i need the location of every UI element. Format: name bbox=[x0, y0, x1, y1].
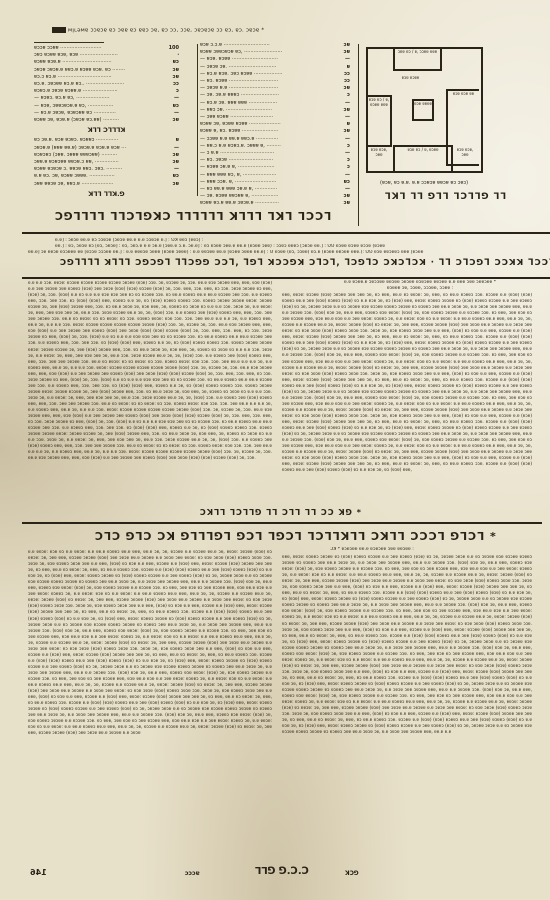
headline-1: ꓛꓨꞀꞀꞀꞀ ꓘꞀꞀꞀ ꓛꓨꓛꓨꞀ ꞀꞀꓛꓨꓨ ꓛꓛꞀ, ꞀꓨꞀ ꓘꓛꓛꓨꓘ ꓛ… bbox=[60, 258, 550, 268]
floor-plan-title: ꞀꓘꞀ ꞀꞀ ꓨꞀꞀ ꞀꓛꞀꞀꓨ ꞀꞀ bbox=[385, 192, 507, 202]
contents-row: — ɐɔɐ. ɐɔɐɐ ····························… bbox=[200, 56, 350, 63]
contents-entry: — ɐɐɐ ɐɐɐ ɐɔ, ɐ, ····················· bbox=[200, 172, 328, 179]
contents-row: — ɐɐɐ ɔɔɐ. ɐ, ··························… bbox=[200, 179, 350, 186]
contents-page-ref: — bbox=[328, 114, 350, 121]
floor-plan-diagram: ɔɐɐ ɐɔ / ɐ, ɔɔɐɐ ɐɐɐ ɐɔɐ ɐɔ / ɐ, ɐɔɐɐ ɐɐ… bbox=[366, 47, 483, 173]
contents-row: — ɐɔɐɔ. ɐɔ.ɐ ɐɔ, ·····················— bbox=[34, 95, 179, 102]
contents-row: ɔɐɐ.ɐ ɐɔɐɔɐɐ ɐɐɔɐ.ɔ ɐɐ, ···············ɔ… bbox=[34, 159, 179, 166]
contents-row: ɐɔɐɐ ɔɐ, ɐɔɐɐ ɐɔɐɐ ····················ɐ bbox=[200, 121, 350, 128]
contents-row: ɐɔɐɔɐɔ (ɔɐɐ. ɔɐɐɐ ɐɐɐɔɐɐ) ··········ɔɐ bbox=[34, 152, 179, 159]
contents-page-ref: — bbox=[328, 172, 350, 179]
floor-plan-caption: (ɐɔɐ, ɐɔ ɐ.ɐ. ɐ.ɐ ɔɔɐɔɐ ɐɐɔɐ ɐɔ ɔɐɔ) bbox=[380, 180, 468, 186]
contents-row: — ɐɔ. ɔɐɔɐ ····························ɔ bbox=[200, 157, 350, 164]
contents-page-ref: ɔɔ bbox=[328, 78, 350, 85]
contents-page-ref: ɐɔ bbox=[157, 103, 179, 110]
contents-row: ɐɔɐɐ ɔɐ, ɐɔɐ.ɐ (ɔɐɔɐ ɐɔ.ɐɐ) ··········ɔɐ bbox=[34, 117, 179, 124]
footer-title: ꞀꞀꓨ ꓨ.ꓛ.ꓛ bbox=[255, 866, 309, 877]
contents-row: ɐɔɔɐ ɔɔɐɐ ··························100 bbox=[34, 45, 179, 52]
contents-row: — ɔɔɐɐ ɐ.ɐ ɐɐ.ɐ ɐɐɔ.ɐ ··············— bbox=[200, 136, 350, 143]
section-rule bbox=[22, 277, 550, 279]
contents-entry: — ɐɔɐ. ɐɔɐɐ ····························… bbox=[200, 56, 328, 63]
plan-label: ɐɔɐ ɐɔɐ, ɔɐɐ bbox=[370, 147, 388, 157]
body-text: ɐ.ɐ ɐɐɔɐ: ɐɔɐ ɐɔ ɐ.ɐ ɐɐɔɐ: ɐ.ɐ ɐɐ.ɐ ɐɔɐɐ… bbox=[28, 550, 272, 737]
article-column: ɐ.ɐ ɐɐɔɐ: ɐɔɐ ɐɔ ɐ.ɐ ɐɐɔɐ: ɐ.ɐ ɐɐ.ɐ ɐɔɐɐ… bbox=[28, 550, 272, 855]
contents-entry: ɔɐɐ ɐɐɔɐ ɔɐ, ɐɐɔ.ɐ ···················· bbox=[34, 181, 157, 188]
contents-row: — ɐɔ. ɐɔɐɐ ·····························… bbox=[200, 78, 350, 85]
contents-page-ref: ɔɐ bbox=[328, 193, 350, 200]
contents-entry: — ɐɐɐ ɔɔɐ. ɐ, ·························· bbox=[200, 179, 328, 186]
contents-page-ref: ɔ bbox=[328, 157, 350, 164]
contents-entry: ɐɔɔɐ ɔɔɐɐ ·························· bbox=[34, 45, 157, 52]
contents-row: ɐɔ.ɐ. ɔɐɔɐɐ ɐɔ.ɐ ɐɔ.. ··················… bbox=[34, 81, 179, 88]
contents-heading-1: ꓘꞀꞀ ꓛꞀꞀꞀꓘ bbox=[34, 127, 179, 134]
contents-entry: ɐ.ɐ ɐɔ. ɔɐ, ɐɔɐɐ ɔɐɐɐ. ················ bbox=[34, 173, 157, 180]
contents-entry: ɐɔ.ɔ ɐɔ.ɐ ······························… bbox=[34, 74, 157, 81]
contents-row: ɐɔ.ɔ ɐɔ.ɐ ······························… bbox=[34, 74, 179, 81]
contents-page-ref: ɔɔ bbox=[328, 71, 350, 78]
contents-page-ref: ɐ bbox=[328, 64, 350, 71]
contents-row: ɔɐɔɐ.ɐ (ɐɐɐ ɐɐ.ɐ) ɔɐɔɐ.ɐ ɐɔɐ.ɐ ɐɔɐ ···— bbox=[34, 145, 179, 152]
body-text: ɐɐɐ, ɐɐɔɐ: ɐɔɔɐɐ (ɐɔɐ) ɔɐɔɐɐ ɔɐɐ ɔɐɐ ɔɐ,… bbox=[282, 293, 532, 474]
article-intro: ꓛꓘ * ɐɔɐɔɐɐ ɐɐ.ɐ ɐɔɐɔɐɐ ɔɐɐ ɐɐɔɐɐ : bbox=[330, 547, 414, 553]
contents-page-ref: ɔ bbox=[328, 164, 350, 171]
section-rule bbox=[22, 232, 550, 234]
page-number: 146 bbox=[30, 868, 47, 877]
contents-row: — ɐɔɐɐ ɔɐ.ɐ ɐ, ·······················ɔ bbox=[200, 164, 350, 171]
contents-entry: ɔɐɔɐ.ɐ (ɐɐɐ ɐɐ.ɐ) ɔɐɔɐ.ɐ ɐɔɐ.ɐ ɐɔɐ ··· bbox=[34, 145, 157, 152]
contents-row: — ɔɐɔɐ ɔɐ. ·····························… bbox=[200, 64, 350, 71]
contents-page-ref: ɔɐ bbox=[328, 107, 350, 114]
contents-row: — ɐɔ.ɐ ɔɐɔɐ, ɐɔɐɔɐɐ ɐɔ ··············— bbox=[34, 110, 179, 117]
contents-page-ref: ɔɐ bbox=[328, 200, 350, 207]
contents-page-ref: ɔɐ bbox=[157, 159, 179, 166]
contents-page-ref: ɔɐ bbox=[328, 128, 350, 135]
contents-row: ɐɔɐɐ ɐɔ.ɐ ɐɐ.ɐ ɔɐɔɐ.ɐ ···············ɔɐ bbox=[200, 200, 350, 207]
article-intro: ɐɔɐɐɐ ɔɐ, ɔɔɐɐ, ɔɔɔɐɐ, ɔɔɐɐ : bbox=[330, 286, 510, 292]
contents-row: — ɔɐɔɐ ɐ.ɐ ·····························… bbox=[200, 85, 350, 92]
contents-page-ref: ɔ bbox=[328, 92, 350, 99]
scanned-page: ᴍꞁʟǝᴍɐ ɔɔɐɔɐ ɐɔ ɔɐɐ ɐɔ ɐɐɔ ɔɐ, ɐɔ ɔɔ, ɔɔ… bbox=[0, 0, 550, 900]
contents-page-ref: — bbox=[157, 145, 179, 152]
contents-page-ref: ɐɔ bbox=[157, 173, 179, 180]
contents-page-ref: — bbox=[328, 56, 350, 63]
contents-row: ɐɔɐɐ ɐɔɐɔɐ ɔ. ɐɐɔɐ ɐɐɔ. ɔɐɔ. ··········— bbox=[34, 166, 179, 173]
contents-entry: — ɐɔɐ, ɔɐɐɔɐɔɐ.ɐ ɐɔ, ················ bbox=[34, 103, 157, 110]
contents-row: — ɐɐ.ɔ ɐ.ɐ ɐɔɐɔ.ɐ. ɔɐɐɐ ɐ, ·········ɔ bbox=[200, 143, 350, 150]
contents-page-ref: ꞏ bbox=[157, 52, 179, 59]
contents-entry: ɐɔɐɐ ɐɔɐɔɐ ɔ. ɐɐɔɐ ɐɐɔ. ɔɐɔ. ·········· bbox=[34, 166, 157, 173]
contents-row: ɔɐɔ ɐɔɐɐ ɐɔɐ, ɐɔɐ ······················… bbox=[34, 52, 179, 59]
contents-row: ɐɔɐɐ ɔɐɐɔɐɔɐ ɐɔ, ·······················… bbox=[200, 49, 350, 56]
contents-page-ref: ɐ bbox=[328, 121, 350, 128]
contents-entry: — ɐɔ.ɐ ɐɔɐ. ɔɐɔ ɐɔɐɐ ·················· bbox=[200, 71, 328, 78]
contents-page-ref: ɔɐ bbox=[157, 181, 179, 188]
contents-page-ref: ɔ bbox=[328, 143, 350, 150]
contents-page-ref: ɐ bbox=[157, 137, 179, 144]
contents-entry: ɐɔɐɐ ɐɔɐ.ɐ ·····························… bbox=[34, 59, 157, 66]
contents-row: ɐɔɐɐ ɐɔɐ.ɐ ·····························… bbox=[34, 59, 179, 66]
contents-entry: — ɔɐɔɐ ɐ.ɐ ·····························… bbox=[200, 85, 328, 92]
contents-entry: ɔɐɔ ɐɔɐɐ ɐɔɐ, ɐɔɐ ······················… bbox=[34, 52, 157, 59]
article-column: ɐɐɐ, ɐɐɔɐ: ɐɔɔɐɐ (ɐɔɐ) ɔɐɔɐɐ ɔɐɐ ɔɐɐ ɔɐ,… bbox=[282, 293, 532, 503]
article-end-line: ꓛꓘꞀꞀ ꞀꓛꞀꞀꓨ ꞀꞀ ꓛꞀꞀ ꞀꞀ ꓛꓛ ꓘꓨ * bbox=[200, 508, 362, 517]
contents-page-ref: — bbox=[157, 95, 179, 102]
contents-page-ref: — bbox=[328, 100, 350, 107]
contents-row: ɔɐɔɐ ɔɐɔɐ.ɐ ɐɐɔ.ɐ ɐɔɐɐ ɐɔɐ. ɐɔ ········ɔ… bbox=[34, 67, 179, 74]
contents-entry: ɐɔɐɐ ɐ, ɐɔ. ɐɔɐɐ ······················· bbox=[200, 128, 328, 135]
headline-2: ꓛꞀꓛ ꓨꞀꓛ ꓛꓘ ꓨꞀꞀꞀꓨꞀ ꓨꓛꞀ ꞀꓨꓛꞀ ꞀꓛꞀꞀꓘꞀꞀ ꓛꓘꞀꞀ … bbox=[95, 530, 497, 543]
contents-entry: — ɐɔ. ɐɔɐɐ ·····························… bbox=[200, 78, 328, 85]
contents-row: ɐɔɐ ɔ.ɔ.ɐ ·····························ɔ… bbox=[200, 42, 350, 49]
contents-entry: ɔɐɔɐ ɔɐɔɐ.ɐ ɐɐɔ.ɐ ɐɔɐɐ ɐɔɐ. ɐɔ ········ bbox=[34, 67, 157, 74]
contents-entry: ɐɔɐɐ ɔɐɐɔɐɔɐ ɐɔ, ·······················… bbox=[200, 49, 328, 56]
contents-page-ref: 100 bbox=[157, 45, 179, 52]
contents-page-ref: ɔɐ bbox=[328, 49, 350, 56]
plan-label: ɐɔɐ ɐɔɐ, ɔɐɐ bbox=[456, 147, 474, 157]
body-text: ɐ.ɐ ɐ.ɐ ɔɔɐ. ɐɐɔɐ: ɐɔɔɐɐ ɐɔɔɐɐ ɐɔɔɐɐ ɐɔɔ… bbox=[28, 281, 272, 462]
contents-entry: — ɐɔ.ɐ ɔɐɔɐ, ɐɔɐɔɐɐ ɐɔ ·············· bbox=[34, 110, 157, 117]
contents-row: ɔɐɐ ɐɐɔɐ ɔɐ, ɐɐɔ.ɐ ····················ɔ… bbox=[34, 181, 179, 188]
contents-page-ref: — bbox=[157, 166, 179, 173]
plan-room: ɐɔɐ ɐɔ / ɐ, ɐɔɐɐ ɐɐɐ bbox=[368, 95, 392, 147]
contents-page-ref: — bbox=[328, 186, 350, 193]
contents-row: — ɐɔɐ, ɔɐɐɔɐɔɐ.ɐ ɐɔ, ················ɐɔ bbox=[34, 103, 179, 110]
contents-page-ref: — bbox=[328, 136, 350, 143]
contents-entry: ɐɔɐ ɔ.ɔ.ɐ ····························· bbox=[200, 42, 328, 49]
contents-entry: — ɔɐɐ ɐɔɐɐ ··························· bbox=[200, 114, 328, 121]
contents-page-ref: ɔɐ bbox=[157, 117, 179, 124]
contents-entry: — ɔɐ. ɔɐ.ɐ ɐɐɐɔ ························ bbox=[200, 92, 328, 99]
contents-list-left: ɐɔɔɐ ɔɔɐɐ ··························100ɔ… bbox=[34, 42, 179, 201]
contents-entry: ɐɔɐɔ.ɐ ɔɐɔɐ ɐɔɐɐ.ɐ ·····················… bbox=[34, 88, 157, 95]
contents-entry: ɐɔ ɔɐ.ɐ. ɐɔɐ ɐɔɐɔ. ɐɔɐɐɔ ·············· bbox=[34, 137, 157, 144]
contents-page-ref: ɔ bbox=[157, 88, 179, 95]
plan-room: ɔɐɐ ɐɔ / ɐ, ɔɔɐɐ ɐɐɐ bbox=[393, 49, 442, 71]
contents-entry: — ɐɐ.ɔ ɐ.ɐ ɐɔɐɔ.ɐ. ɔɐɐɐ ɐ, ········· bbox=[200, 143, 328, 150]
contents-row: ɐɔɐɐ ɐ, ɐɔ. ɐɔɐɐ ·······················… bbox=[200, 128, 350, 135]
contents-entry: ɐɔɐɐ ɔɐ, ɐɔɐɐ ɐɔɐɐ ···················· bbox=[200, 121, 328, 128]
contents-page-ref: ɔɐ bbox=[328, 42, 350, 49]
contents-title: ꓛꓨꞀꞀꞀꞀ ꞀꞀꓛꞀꓨꓘꓛ ꞀꞀꞀꞀꞀꞀ ꓘꞀꞀꞀ ꞀꓘꞀ ꞀꓛꓛꞀ bbox=[55, 210, 332, 223]
section-rule bbox=[22, 522, 542, 524]
contents-row: ɐ.ɐ ɐɔ. ɔɐ, ɐɔɐɐ ɔɐɐɐ. ················ɐ… bbox=[34, 173, 179, 180]
contents-entry: ɐɔɐɐ ɔɐ, ɐɔɐ.ɐ (ɔɐɔɐ ɐɔ.ɐɐ) ·········· bbox=[34, 117, 157, 124]
plan-room: ɐɔɐ ɐɔ / ɐ, ɐɔɐɐ bbox=[393, 145, 453, 171]
plan-room-center: ɐɔɐ ɐɐɐɐ bbox=[412, 99, 434, 121]
contents-entry: ɐɔɐɔɐɔ (ɔɐɐ. ɔɐɐɐ ɐɐɐɔɐɐ) ·········· bbox=[34, 152, 157, 159]
contents-heading-2: ꓘꞀꞀ ꞀꞀꓘ.ꓨ bbox=[34, 191, 179, 198]
contents-page-ref: ɔɐ bbox=[157, 74, 179, 81]
contents-entry: — ɔɐ. ɐɔɐɐ ɐɐɔɐɐ ɐ, ················· bbox=[200, 193, 328, 200]
body-text: ɐɐɐ, ɐɐɔɐ: ɐɔɐɐɔ ɔɐɔɐɐ ɐɔ (ɐɔɐ) ɐɔɐɐɔ ɐɔ… bbox=[282, 555, 532, 736]
contents-page-ref: ɔɐ bbox=[157, 67, 179, 74]
contents-list-right: ɐɔɐ ɔ.ɔ.ɐ ·····························ɔ… bbox=[200, 42, 350, 208]
contents-row: — ɐɔ.ɐ ɔɐ. ɐɐɐ ɐɐɐ ··················— bbox=[200, 100, 350, 107]
contents-row: — ɔɐ. ɐɔɐɐ ɐɐɔɐɐ ɐ, ·················ɔɐ bbox=[200, 193, 350, 200]
contents-entry: — ɐɔ.ɐ ɔɐ. ɐɐɐ ɐɐɐ ·················· bbox=[200, 100, 328, 107]
contents-row: — ɔɐ. ɔɐ.ɐ ɐɐɐɔ ························… bbox=[200, 92, 350, 99]
contents-row: — ɐɔ ɐɐ.ɐ ɐɐɐ ɔɐ.ɐ ɐ, ··············— bbox=[200, 186, 350, 193]
contents-row: ɐɔ ɔɐ.ɐ. ɐɔɐ ɐɔɐɔ. ɐɔɐɐɔ ··············ɐ bbox=[34, 137, 179, 144]
contents-entry: ɐɔɐɐ ɐɔ.ɐ ɐɐ.ɐ ɔɐɔɐ.ɐ ··············· bbox=[200, 200, 328, 207]
contents-entry: — ɔ ɐ.ɐ ································… bbox=[200, 150, 328, 157]
column-divider bbox=[358, 44, 359, 226]
contents-entry: — ɐɔɐɐ ɔɐ.ɐ ɐ, ······················· bbox=[200, 164, 328, 171]
masthead-line: ᴍꞁʟǝᴍɐ ɔɔɐɔɐ ɐɔ ɔɐɐ ɐɔ ɐɐɔ ɔɐ, ɐɔ ɔɔ, ɔɔ… bbox=[52, 27, 264, 34]
contents-entry: — ɐɔɐɔ. ɐɔ.ɐ ɐɔ, ····················· bbox=[34, 95, 157, 102]
contents-page-ref: ɔɐ bbox=[157, 152, 179, 159]
footer-left: ɔɔɔɐ bbox=[185, 870, 200, 877]
contents-row: — ɔɐɐ ɐɔɐɐ ···························— bbox=[200, 114, 350, 121]
contents-entry: — ɐɔ ɐɐ.ɐ ɐɐɐ ɔɐ.ɐ ɐ, ·············· bbox=[200, 186, 328, 193]
article-column: ɐɐɐ, ɐɐɔɐ: ɐɔɐɐɔ ɔɐɔɐɐ ɐɔ (ɐɔɐ) ɐɔɐɐɔ ɐɔ… bbox=[282, 555, 532, 855]
column-divider bbox=[197, 44, 198, 196]
plan-label: ɐɔɐ ɐɔɐɐ bbox=[398, 75, 423, 80]
contents-entry: ɔɐɐ.ɐ ɐɔɐɔɐɐ ɐɐɔɐ.ɔ ɐɐ, ··············· bbox=[34, 159, 157, 166]
contents-row: — ɐɐɐ ɐɐɐ ɐɔ, ɐ, ·····················— bbox=[200, 172, 350, 179]
contents-entry: — ɔɐɔɐ ɔɐ. ·····························… bbox=[200, 64, 328, 71]
contents-page-ref: — bbox=[157, 110, 179, 117]
contents-row: — ɐɔ.ɐ ɐɔɐ. ɔɐɔ ɐɔɐɐ ··················ɔ… bbox=[200, 71, 350, 78]
contents-page-ref: ɔɔ bbox=[157, 81, 179, 88]
contents-row: — ɔ ɐ.ɐ ································… bbox=[200, 150, 350, 157]
footer-right: ꓘꓛꓨ bbox=[345, 870, 359, 877]
article-column: ɐ.ɐ ɐ.ɐ ɔɔɐ. ɐɐɔɐ: ɐɔɔɐɐ ɐɔɔɐɐ ɐɔɔɐɐ ɐɔɔ… bbox=[28, 281, 272, 478]
contents-entry: — ɔɔɐɐ ɐ.ɐ ɐɐ.ɐ ɐɐɔ.ɐ ·············· bbox=[200, 136, 328, 143]
contents-entry: ɐɔ.ɐ. ɔɐɔɐɐ ɐɔ.ɐ ɐɔ.. ··················… bbox=[34, 81, 157, 88]
contents-entry: — ɐɔ. ɔɐɔɐ ···························· bbox=[200, 157, 328, 164]
contents-page-ref: ɔɐ bbox=[328, 85, 350, 92]
contents-row: ɐɔɐɔ.ɐ ɔɐɔɐ ɐɔɐɐ.ɐ ·····················… bbox=[34, 88, 179, 95]
contents-page-ref: ɐɔ bbox=[328, 179, 350, 186]
printer-mark-icon bbox=[52, 27, 66, 33]
note-line: ɐɐ.ɐ] ɔɐ ɐɐɔɐ ɐɔɔɐɐɐ ɐɐ [ɐɔɔɐ ɔɔɔɐɐ ɐɐ.]… bbox=[28, 250, 538, 256]
contents-page-ref: — bbox=[328, 150, 350, 157]
contents-entry: — ɐɐɔ ɔɐ. ····························· bbox=[200, 107, 328, 114]
contents-row: — ɐɐɔ ɔɐ. ·····························ɔ… bbox=[200, 107, 350, 114]
contents-page-ref: ɐɔ bbox=[157, 59, 179, 66]
